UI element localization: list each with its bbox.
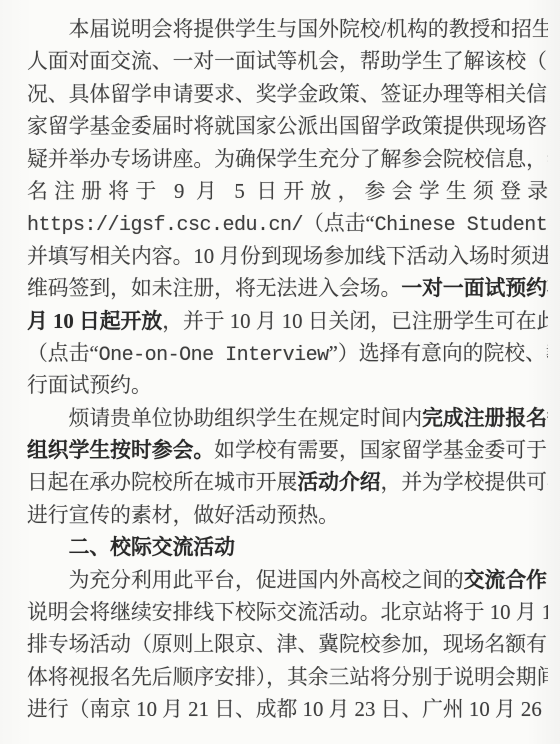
line-02: 人面对面交流、一对一面试等机会，帮助学生了解该校（国）情 bbox=[27, 46, 548, 78]
text-segment: 为充分利用此平台，促进国内外高校之间的 bbox=[69, 569, 464, 592]
emphasized-text: 月 10 日起开放 bbox=[27, 310, 162, 333]
line-05: 疑并举办专场讲座。为确保学生充分了解参会院校信息，学生报 bbox=[27, 144, 548, 176]
text-segment: 说明会将继续安排线下校际交流活动。北京站将于 10 月 18 日安 bbox=[27, 601, 548, 624]
text-segment: 疑并举办专场讲座。为确保学生充分了解参会院校信息，学生报 bbox=[27, 148, 548, 171]
line-16: 进行宣传的素材，做好活动预热。 bbox=[27, 500, 548, 532]
text-segment: ”）选择有意向的院校、教授进 bbox=[329, 342, 548, 365]
line-14: 组织学生按时参会。如学校有需要，国家留学基金委可于 9 月 23 bbox=[27, 435, 548, 467]
section-heading-2: 二、校际交流活动 bbox=[27, 532, 548, 564]
text-segment: （点击“ bbox=[303, 212, 375, 235]
line-20: 排专场活动（原则上限京、津、冀院校参加，现场名额有限，具 bbox=[27, 629, 548, 661]
emphasized-text: 交流合作 bbox=[464, 569, 547, 592]
line-11: （点击“One-on-One Interview”）选择有意向的院校、教授进 bbox=[27, 338, 548, 370]
text-segment: 名注册将于 9 月 5 日开放，参会学生须登录 bbox=[27, 180, 548, 203]
url-text: https://igsf.csc.edu.cn/ bbox=[27, 214, 303, 237]
text-segment: ，并于 10 月 10 日关闭，已注册学生可在此期间 bbox=[162, 310, 548, 333]
line-01: 本届说明会将提供学生与国外院校/机构的教授和招生负责 bbox=[27, 14, 548, 46]
line-07: https://igsf.csc.edu.cn/（点击“Chinese Stud… bbox=[27, 208, 548, 240]
document-text-block: 本届说明会将提供学生与国外院校/机构的教授和招生负责人面对面交流、一对一面试等机… bbox=[27, 14, 548, 727]
line-12: 行面试预约。 bbox=[27, 370, 548, 402]
line-19: 说明会将继续安排线下校际交流活动。北京站将于 10 月 18 日安 bbox=[27, 597, 548, 629]
text-segment: 如学校有需要，国家留学基金委可于 9 月 23 bbox=[214, 439, 548, 462]
text-segment: 体将视报名先后顺序安排），其余三站将分别于说明会期间同期 bbox=[27, 666, 548, 689]
text-segment: 烦请贵单位协助组织学生在规定时间内 bbox=[69, 407, 423, 430]
emphasized-text: 完成注册报名等，并 bbox=[422, 407, 548, 430]
text-segment: 行面试预约。 bbox=[27, 374, 152, 397]
emphasized-text: 二、校际交流活动 bbox=[69, 536, 235, 559]
text-segment: 排专场活动（原则上限京、津、冀院校参加，现场名额有限，具 bbox=[27, 633, 548, 656]
line-18: 为充分利用此平台，促进国内外高校之间的交流合作，本届 bbox=[27, 565, 548, 597]
line-13: 烦请贵单位协助组织学生在规定时间内完成注册报名等，并 bbox=[27, 403, 548, 435]
english-phrase: One-on-One Interview bbox=[99, 344, 329, 367]
emphasized-text: 活动介绍 bbox=[297, 471, 380, 494]
emphasized-text: 组织学生按时参会。 bbox=[27, 439, 214, 462]
text-segment: 人面对面交流、一对一面试等机会，帮助学生了解该校（国）情 bbox=[27, 50, 548, 73]
line-22: 进行（南京 10 月 21 日、成都 10 月 23 日、广州 10 月 26 … bbox=[27, 694, 548, 726]
line-08: 并填写相关内容。10 月份到现场参加线下活动入场时须进行二 bbox=[27, 241, 548, 273]
line-09: 维码签到，如未注册，将无法进入会场。一对一面试预约将于 9 bbox=[27, 273, 548, 305]
line-21: 体将视报名先后顺序安排），其余三站将分别于说明会期间同期 bbox=[27, 662, 548, 694]
text-segment: （点击“ bbox=[27, 342, 99, 365]
text-segment: 进行（南京 10 月 21 日、成都 10 月 23 日、广州 10 月 26 … bbox=[27, 698, 548, 721]
line-10: 月 10 日起开放，并于 10 月 10 日关闭，已注册学生可在此期间 bbox=[27, 306, 548, 338]
text-segment: 本届说明会将提供学生与国外院校/机构的教授和招生负责 bbox=[69, 18, 548, 41]
scanned-document-page: 本届说明会将提供学生与国外院校/机构的教授和招生负责人面对面交流、一对一面试等机… bbox=[0, 0, 560, 744]
text-segment: 家留学基金委届时将就国家公派出国留学政策提供现场咨询答 bbox=[27, 115, 548, 138]
text-segment: ，并为学校提供可在校内 bbox=[381, 471, 548, 494]
line-06: 名注册将于 9 月 5 日开放，参会学生须登录 bbox=[27, 176, 548, 208]
line-04: 家留学基金委届时将就国家公派出国留学政策提供现场咨询答 bbox=[27, 111, 548, 143]
line-15: 日起在承办院校所在城市开展活动介绍，并为学校提供可在校内 bbox=[27, 467, 548, 499]
text-segment: 并填写相关内容。10 月份到现场参加线下活动入场时须进行二 bbox=[27, 245, 548, 268]
text-segment: 况、具体留学申请要求、奖学金政策、签证办理等相关信息。国 bbox=[27, 83, 548, 106]
text-segment: ，本届 bbox=[547, 569, 548, 592]
text-segment: 进行宣传的素材，做好活动预热。 bbox=[27, 504, 339, 527]
english-phrase: Chinese Students bbox=[375, 214, 548, 237]
line-03: 况、具体留学申请要求、奖学金政策、签证办理等相关信息。国 bbox=[27, 79, 548, 111]
text-segment: 维码签到，如未注册，将无法进入会场。 bbox=[27, 277, 401, 300]
emphasized-text: 一对一面试预约将于 9 bbox=[401, 277, 548, 300]
text-segment: 日起在承办院校所在城市开展 bbox=[27, 471, 297, 494]
